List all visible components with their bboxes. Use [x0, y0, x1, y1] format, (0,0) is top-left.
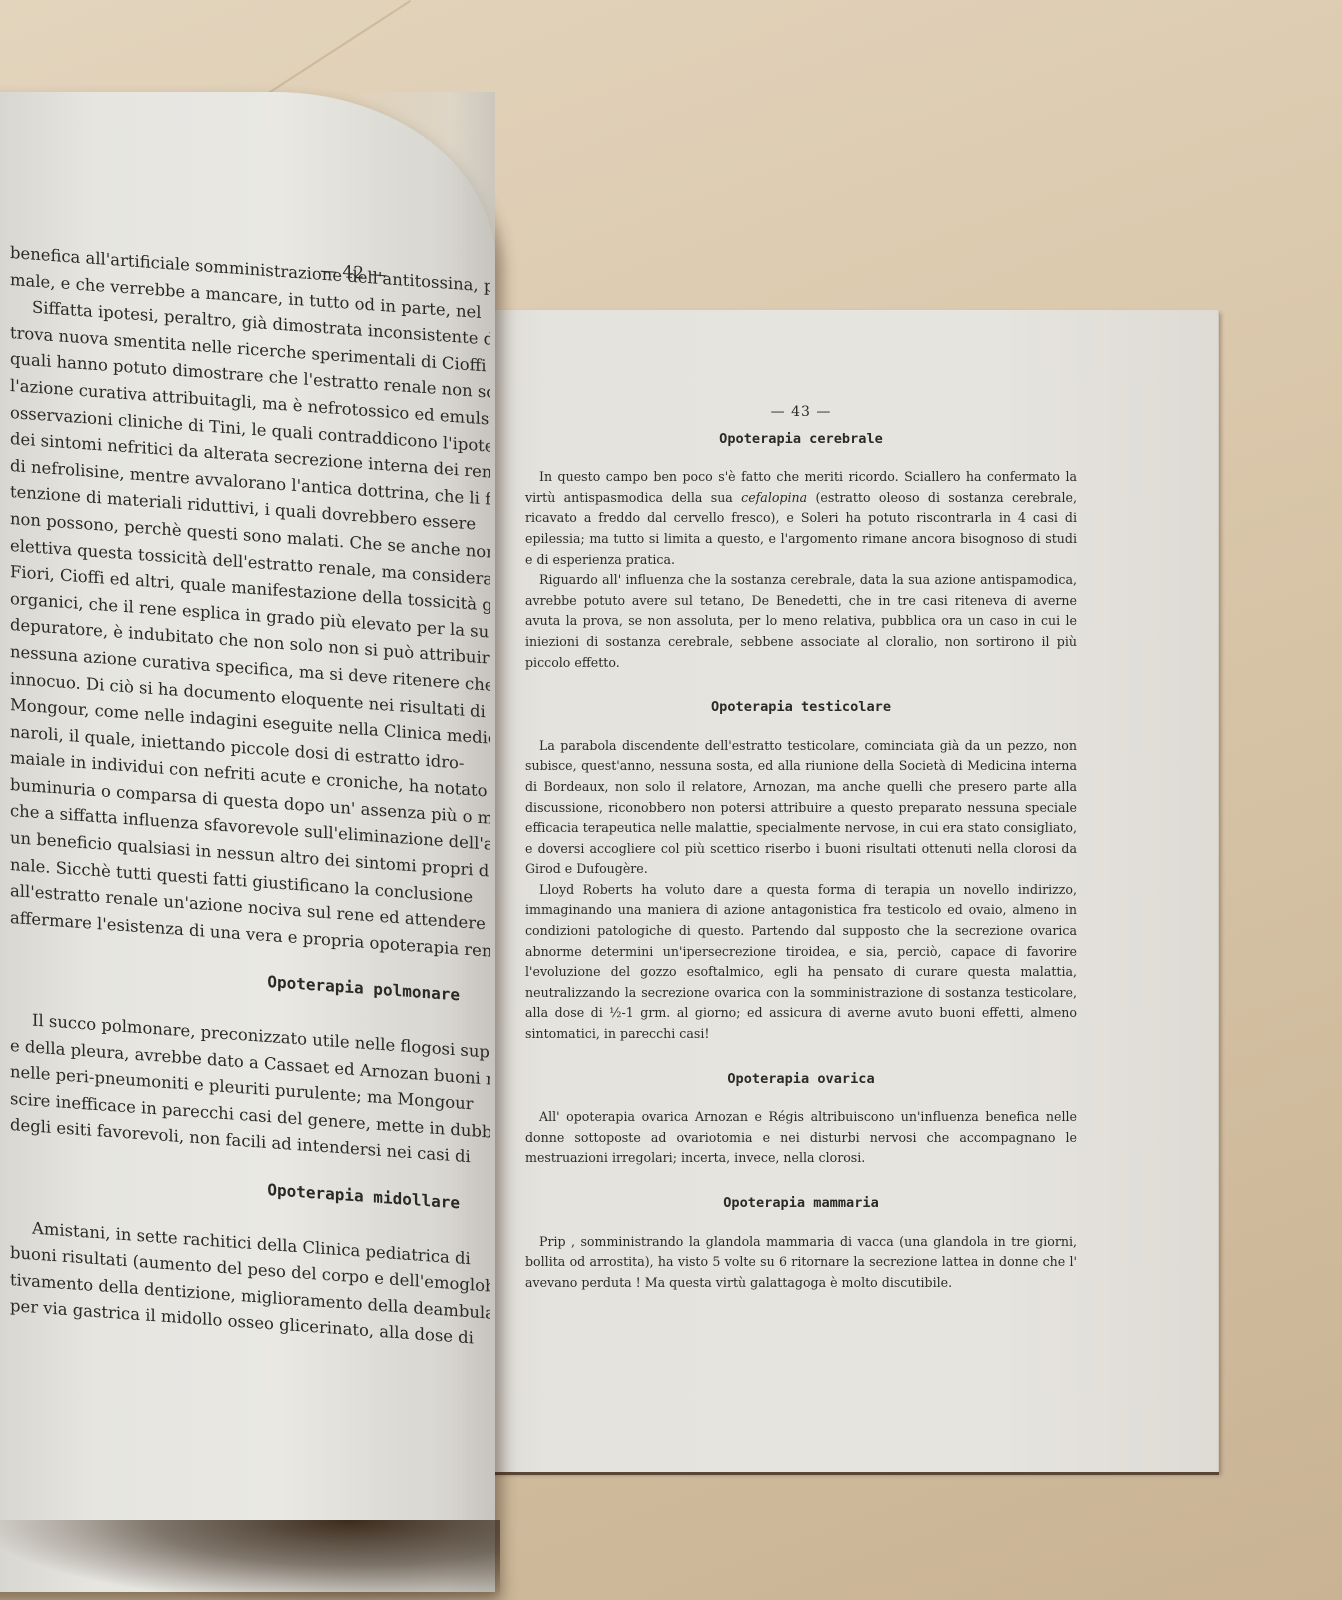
- italic-term: cefalopina: [741, 490, 807, 505]
- page-shadow: [0, 1520, 500, 1600]
- section-heading-testicolare: Opoterapia testicolare: [525, 697, 1077, 718]
- paragraph: La parabola discendente dell'estratto te…: [525, 736, 1077, 880]
- right-page: — 43 — Opoterapia cerebrale In questo ca…: [470, 310, 1219, 1472]
- section-heading-ovarica: Opoterapia ovarica: [525, 1069, 1077, 1090]
- section-heading-cerebrale: Opoterapia cerebrale: [525, 429, 1077, 450]
- paragraph: All' opoterapia ovarica Arnozan e Régis …: [525, 1107, 1077, 1169]
- paragraph: Riguardo all' influenza che la sostanza …: [525, 570, 1077, 673]
- paragraph: Prip , somministrando la glandola mammar…: [525, 1232, 1077, 1294]
- section-heading-polmonare: Opoterapia polmonare: [10, 951, 490, 1011]
- page-number: — 43 —: [525, 402, 1077, 423]
- section-heading-mammaria: Opoterapia mammaria: [525, 1193, 1077, 1214]
- paragraph: Lloyd Roberts ha voluto dare a questa fo…: [525, 880, 1077, 1045]
- left-page-text: — 42 — benefica all'artificiale somminis…: [10, 240, 490, 1354]
- right-page-text: — 43 — Opoterapia cerebrale In questo ca…: [525, 402, 1077, 1293]
- page-number: — 42 —: [320, 258, 386, 289]
- paragraph: In questo campo ben poco s'è fatto che m…: [525, 467, 1077, 570]
- section-heading-midollare: Opoterapia midollare: [10, 1159, 490, 1219]
